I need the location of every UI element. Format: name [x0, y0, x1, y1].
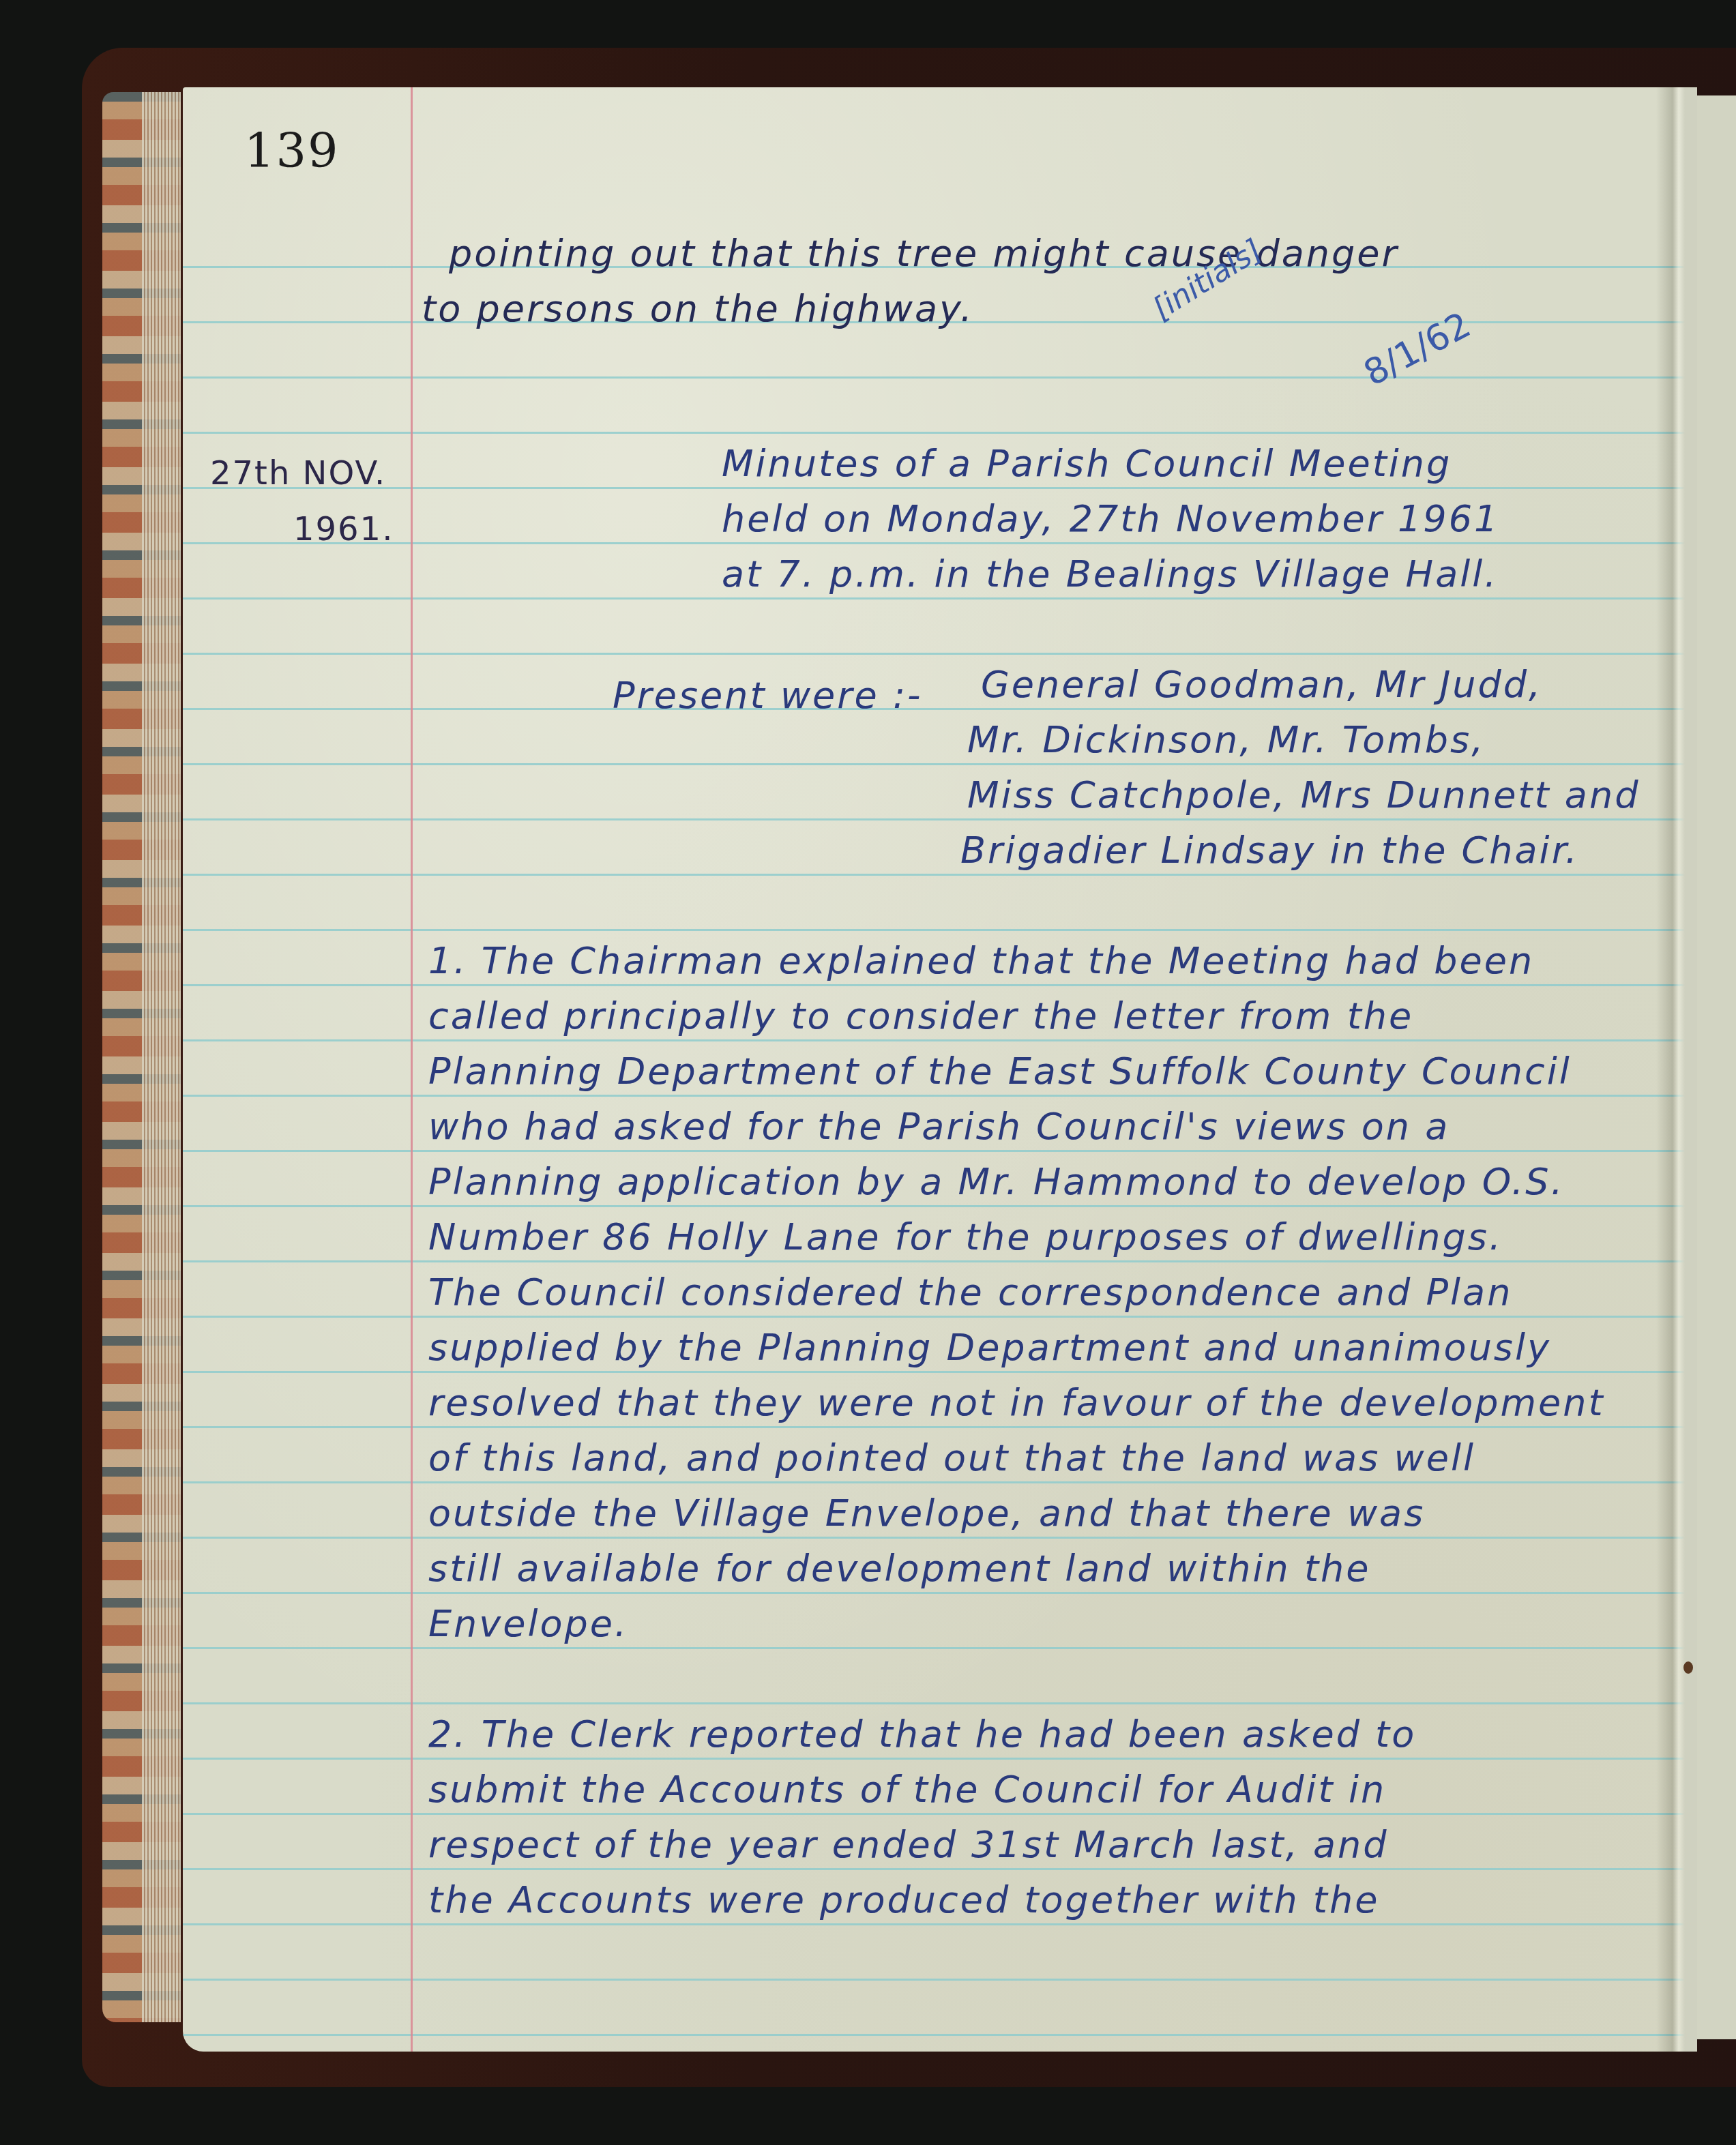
continuation-line: to persons on the highway. [422, 287, 974, 330]
ruled-line [183, 1095, 1697, 1097]
ink-stain [1683, 1661, 1693, 1674]
minute-book-page: 139 pointing out that this tree might ca… [183, 87, 1697, 2052]
book-gutter [1656, 87, 1697, 2052]
ruled-line [183, 542, 1697, 544]
attendee-line: Brigadier Lindsay in the Chair. [960, 829, 1579, 872]
item-1-line: resolved that they were not in favour of… [428, 1381, 1605, 1424]
item-1-line: Planning application by a Mr. Hammond to… [428, 1160, 1565, 1203]
present-label: Present were :- [613, 674, 923, 717]
item-2-line: respect of the year ended 31st March las… [428, 1823, 1389, 1866]
page-number: 139 [244, 123, 340, 179]
item-1-line: Envelope. [428, 1602, 628, 1645]
item-1-line: who had asked for the Parish Council's v… [428, 1105, 1450, 1148]
ruled-line [183, 653, 1697, 655]
item-1-line: of this land, and pointed out that the l… [428, 1436, 1475, 1479]
item-1-line: Number 86 Holly Lane for the purposes of… [428, 1215, 1503, 1258]
ruled-line [183, 2034, 1697, 2036]
page-stack-fore-edge [102, 92, 181, 2022]
ruled-line [183, 708, 1697, 710]
heading-line: Minutes of a Parish Council Meeting [722, 442, 1452, 485]
ruled-line [183, 597, 1697, 600]
ruled-line [183, 1702, 1697, 1704]
ruled-line [183, 432, 1697, 434]
heading-line: at 7. p.m. in the Bealings Village Hall. [722, 552, 1498, 595]
ruled-line [183, 929, 1697, 931]
ruled-line [183, 984, 1697, 986]
ruled-line [183, 376, 1697, 379]
ruled-line [183, 1481, 1697, 1483]
ruled-line [183, 874, 1697, 876]
ruled-line [183, 1039, 1697, 1041]
margin-date-year: 1961. [293, 510, 394, 548]
ruled-line [183, 1371, 1697, 1373]
ruled-line [183, 1316, 1697, 1318]
ruled-line [183, 1260, 1697, 1262]
ruled-line [183, 1923, 1697, 1925]
ruled-line [183, 1647, 1697, 1649]
ruled-line [183, 1979, 1697, 1981]
item-1-line: outside the Village Envelope, and that t… [428, 1492, 1425, 1535]
item-1-line: called principally to consider the lette… [428, 994, 1413, 1037]
ruled-line [183, 1150, 1697, 1152]
ruled-line [183, 1813, 1697, 1815]
attendee-line: Miss Catchpole, Mrs Dunnett and [967, 773, 1640, 816]
attendee-line: Mr. Dickinson, Mr. Tombs, [967, 718, 1485, 761]
margin-date-day-month: 27th NOV. [210, 454, 386, 492]
ruled-line [183, 1592, 1697, 1594]
item-1-line: still available for development land wit… [428, 1547, 1371, 1590]
margin-line [411, 87, 413, 2052]
heading-line: held on Monday, 27th November 1961 [722, 497, 1499, 540]
ruled-line [183, 763, 1697, 765]
item-2-line: submit the Accounts of the Council for A… [428, 1768, 1386, 1811]
item-2-line: 2. The Clerk reported that he had been a… [428, 1713, 1416, 1756]
ruled-line [183, 1537, 1697, 1539]
ruled-line [183, 818, 1697, 820]
ruled-line [183, 1205, 1697, 1207]
attendee-line: General Goodman, Mr Judd, [981, 663, 1542, 706]
ruled-line [183, 1868, 1697, 1870]
facing-page-edge [1697, 95, 1736, 2039]
item-1-line: The Council considered the correspondenc… [428, 1271, 1512, 1314]
item-1-line: supplied by the Planning Department and … [428, 1326, 1551, 1369]
ruled-line [183, 487, 1697, 489]
ruled-line [183, 1758, 1697, 1760]
item-2-line: the Accounts were produced together with… [428, 1878, 1379, 1921]
ruled-line [183, 1426, 1697, 1428]
item-1-line: 1. The Chairman explained that the Meeti… [428, 939, 1534, 982]
item-1-line: Planning Department of the East Suffolk … [428, 1050, 1572, 1093]
